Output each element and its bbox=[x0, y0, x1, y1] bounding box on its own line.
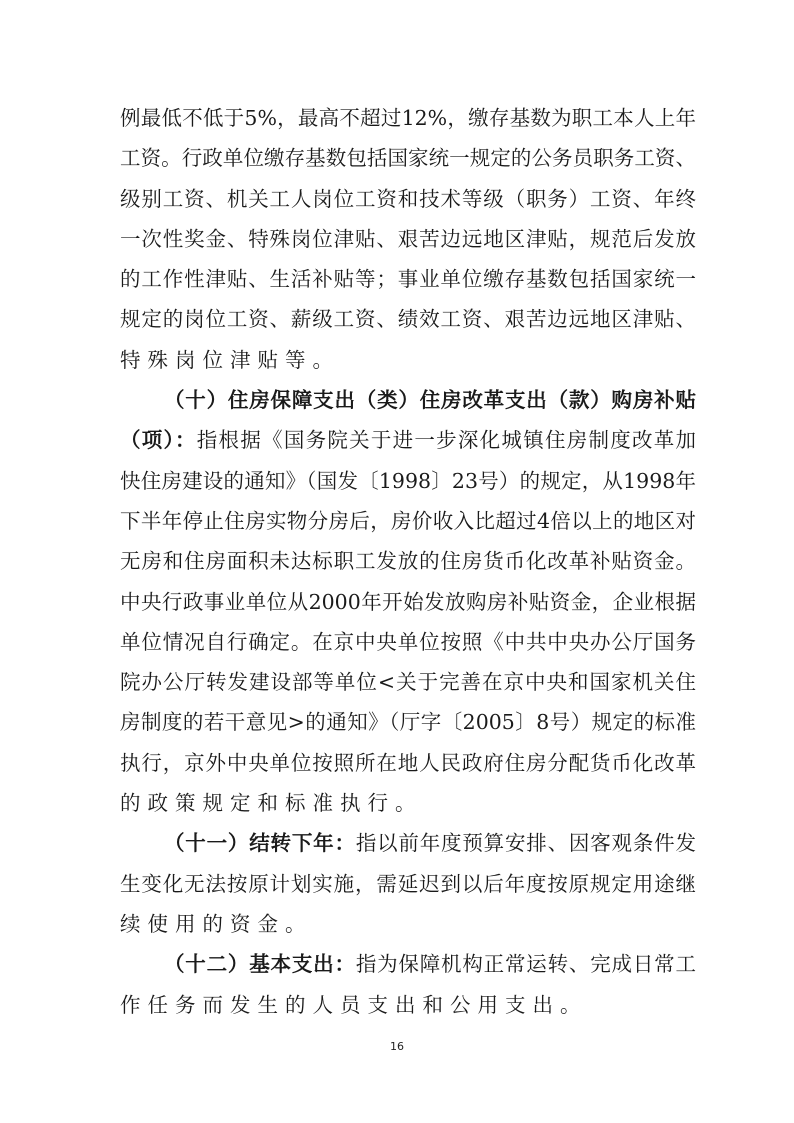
section-11-line: （十一）结转下年：指以前年度预算安排、因客观条件发 bbox=[120, 823, 696, 863]
text-line: 例最低不低于5%，最高不超过12%，缴存基数为职工本人上年 bbox=[120, 98, 696, 138]
document-page: 例最低不低于5%，最高不超过12%，缴存基数为职工本人上年 工资。行政单位缴存基… bbox=[0, 0, 794, 1123]
section-11-text: 指以前年度预算安排、因客观条件发 bbox=[356, 831, 696, 855]
section-12-line: （十二）基本支出：指为保障机构正常运转、完成日常工 bbox=[120, 944, 696, 984]
text-line: 续使用的资金。 bbox=[120, 904, 696, 944]
section-10-line: （项）：指根据《国务院关于进一步深化城镇住房制度改革加 bbox=[120, 420, 696, 460]
text-line: 一次性奖金、特殊岗位津贴、艰苦边远地区津贴，规范后发放 bbox=[120, 219, 696, 259]
text-line: 无房和住房面积未达标职工发放的住房货币化改革补贴资金。 bbox=[120, 541, 696, 581]
text-line: 的工作性津贴、生活补贴等；事业单位缴存基数包括国家统一 bbox=[120, 259, 696, 299]
text-line: 级别工资、机关工人岗位工资和技术等级（职务）工资、年终 bbox=[120, 179, 696, 219]
document-body: 例最低不低于5%，最高不超过12%，缴存基数为职工本人上年 工资。行政单位缴存基… bbox=[120, 98, 696, 1025]
text-line: 生变化无法按原计划实施，需延迟到以后年度按原规定用途继 bbox=[120, 864, 696, 904]
section-12-heading: （十二）基本支出： bbox=[164, 952, 356, 976]
text-line: 快住房建设的通知》（国发〔1998〕23号）的规定，从1998年 bbox=[120, 461, 696, 501]
text-line: 工资。行政单位缴存基数包括国家统一规定的公务员职务工资、 bbox=[120, 138, 696, 178]
text-line: 房制度的若干意见>的通知》（厅字〔2005〕8号）规定的标准 bbox=[120, 702, 696, 742]
text-line: 作任务而发生的人员支出和公用支出。 bbox=[120, 985, 696, 1025]
text-line: 下半年停止住房实物分房后，房价收入比超过4倍以上的地区对 bbox=[120, 501, 696, 541]
text-line: 院办公厅转发建设部等单位<关于完善在京中央和国家机关住 bbox=[120, 662, 696, 702]
text-line: 中央行政事业单位从2000年开始发放购房补贴资金，企业根据 bbox=[120, 582, 696, 622]
text-line: 规定的岗位工资、薪级工资、绩效工资、艰苦边远地区津贴、 bbox=[120, 299, 696, 339]
section-10-heading-end: （项）： bbox=[120, 428, 197, 452]
section-12-text: 指为保障机构正常运转、完成日常工 bbox=[356, 952, 696, 976]
text-line: 单位情况自行确定。在京中央单位按照《中共中央办公厅国务 bbox=[120, 622, 696, 662]
text-line: 的政策规定和标准执行。 bbox=[120, 783, 696, 823]
text-line: 特殊岗位津贴等。 bbox=[120, 340, 696, 380]
page-number: 16 bbox=[0, 1040, 794, 1053]
text-line: 执行，京外中央单位按照所在地人民政府住房分配货币化改革 bbox=[120, 743, 696, 783]
section-10-text: 指根据《国务院关于进一步深化城镇住房制度改革加 bbox=[197, 428, 696, 452]
section-10-heading: （十）住房保障支出（类）住房改革支出（款）购房补贴 bbox=[120, 380, 696, 420]
section-11-heading: （十一）结转下年： bbox=[164, 831, 356, 855]
